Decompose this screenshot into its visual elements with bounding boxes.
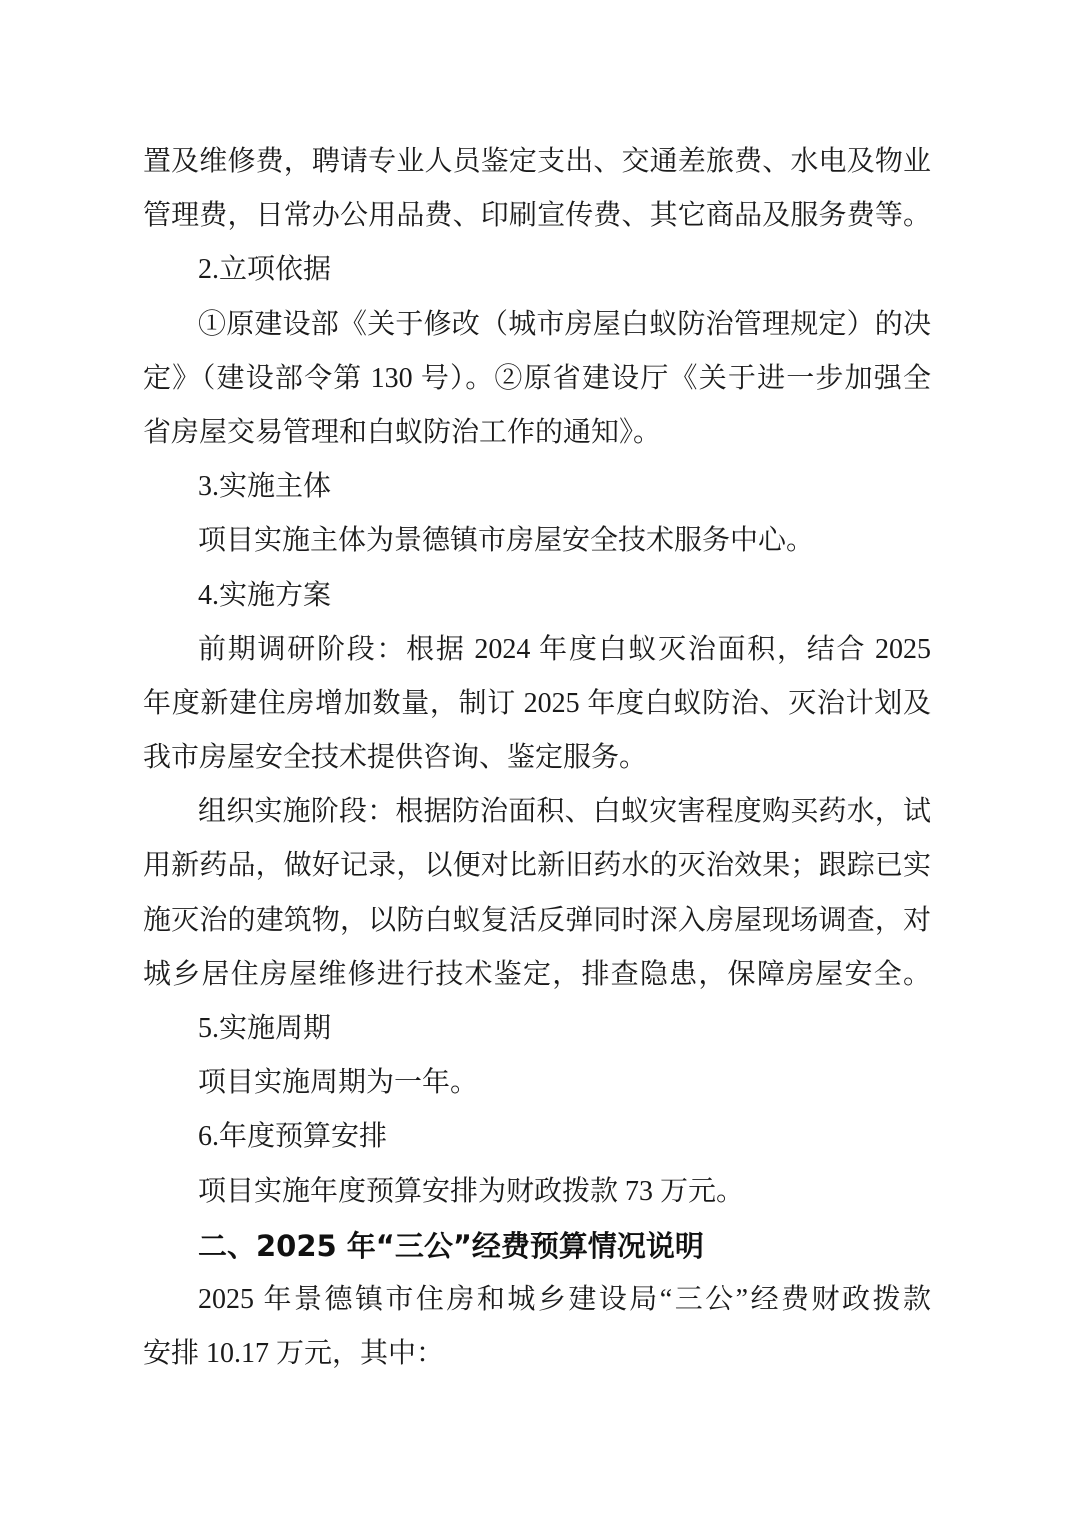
doc-line: 用新药品，做好记录，以便对比新旧药水的灭治效果；跟踪已实: [143, 839, 931, 893]
doc-line: 项目实施年度预算安排为财政拨款 73 万元。: [143, 1165, 931, 1219]
item-heading-2: 2.立项依据: [143, 243, 931, 297]
item-heading-6: 6.年度预算安排: [143, 1110, 931, 1164]
doc-line: 定》（建设部令第 130 号）。②原省建设厅《关于进一步加强全: [143, 352, 931, 406]
doc-line: 安排 10.17 万元，其中：: [143, 1327, 931, 1381]
doc-line: 置及维修费，聘请专业人员鉴定支出、交通差旅费、水电及物业: [143, 135, 931, 189]
item-heading-3: 3.实施主体: [143, 460, 931, 514]
doc-line: 前期调研阶段：根据 2024 年度白蚁灭治面积，结合 2025: [143, 623, 931, 677]
doc-line: 我市房屋安全技术提供咨询、鉴定服务。: [143, 731, 931, 785]
doc-line: 组织实施阶段：根据防治面积、白蚁灾害程度购买药水，试: [143, 785, 931, 839]
doc-line: 年度新建住房增加数量，制订 2025 年度白蚁防治、灭治计划及: [143, 677, 931, 731]
document-page: 置及维修费，聘请专业人员鉴定支出、交通差旅费、水电及物业 管理费，日常办公用品费…: [0, 0, 1074, 1520]
doc-line: 施灭治的建筑物，以防白蚁复活反弹同时深入房屋现场调查，对: [143, 894, 931, 948]
document-text-block: 置及维修费，聘请专业人员鉴定支出、交通差旅费、水电及物业 管理费，日常办公用品费…: [143, 135, 931, 1381]
item-heading-5: 5.实施周期: [143, 1002, 931, 1056]
item-heading-4: 4.实施方案: [143, 569, 931, 623]
doc-line: 城乡居住房屋维修进行技术鉴定，排查隐患，保障房屋安全。: [143, 948, 931, 1002]
section-heading-2: 二、2025 年“三公”经费预算情况说明: [143, 1219, 931, 1273]
doc-line: 项目实施周期为一年。: [143, 1056, 931, 1110]
doc-line: 省房屋交易管理和白蚁防治工作的通知》。: [143, 406, 931, 460]
doc-line: 管理费，日常办公用品费、印刷宣传费、其它商品及服务费等。: [143, 189, 931, 243]
doc-line: 项目实施主体为景德镇市房屋安全技术服务中心。: [143, 514, 931, 568]
doc-line: 2025 年景德镇市住房和城乡建设局“三公”经费财政拨款: [143, 1273, 931, 1327]
doc-line: ①原建设部《关于修改（城市房屋白蚁防治管理规定）的决: [143, 298, 931, 352]
